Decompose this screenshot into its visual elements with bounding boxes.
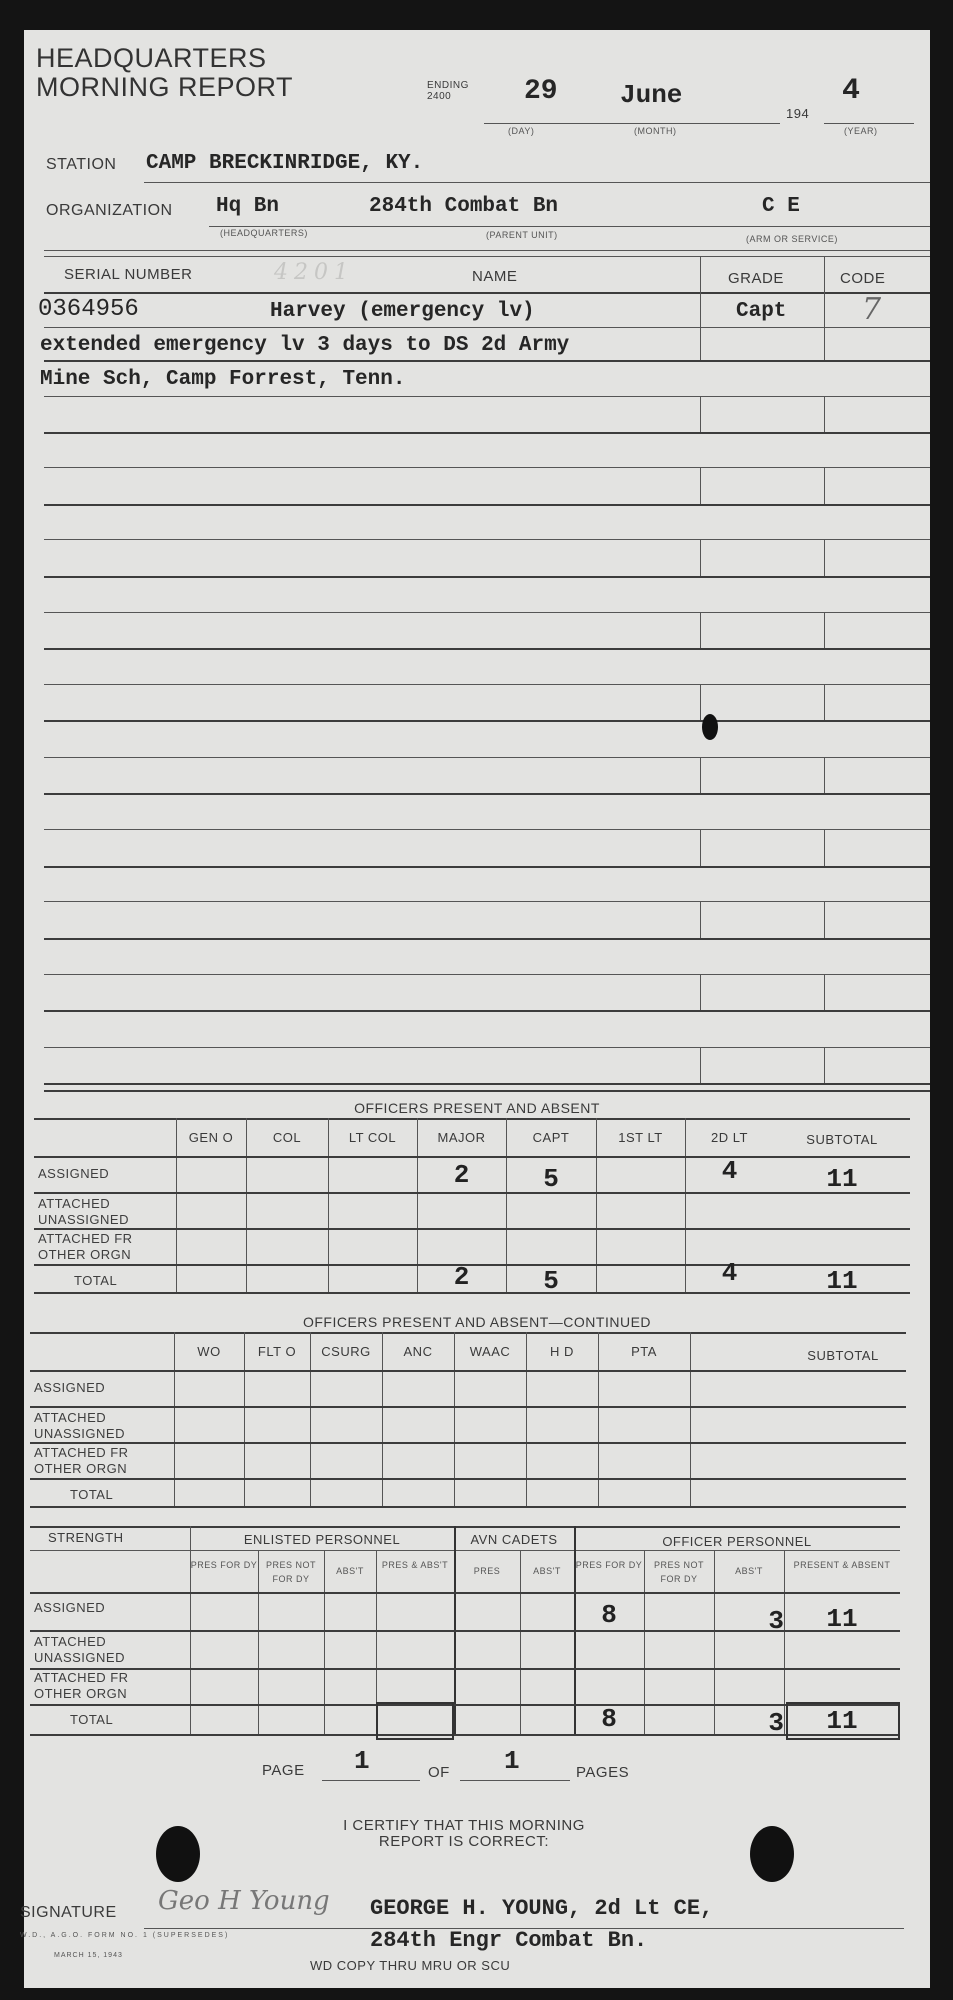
code-divider <box>824 467 825 504</box>
officers-table: GEN O COL LT COL MAJOR CAPT 1ST LT 2D LT… <box>34 1118 910 1294</box>
strength-label: STRENGTH <box>48 1530 124 1545</box>
assigned-off-abst[interactable]: 3 <box>714 1606 784 1636</box>
group-enlisted-personnel: ENLISTED PERSONNEL <box>190 1532 454 1547</box>
certification-text: I CERTIFY THAT THIS MORNING REPORT IS CO… <box>264 1818 664 1850</box>
row-attached-unassigned: ATTACHED UNASSIGNED <box>38 1196 138 1228</box>
row-rule <box>44 432 930 434</box>
row-total: TOTAL <box>74 1273 117 1289</box>
code-divider <box>824 684 825 720</box>
page-number[interactable]: 1 <box>354 1746 370 1776</box>
divider <box>44 250 930 251</box>
total-off-pres-for-dy[interactable]: 8 <box>574 1704 644 1734</box>
enlisted-total-box <box>376 1702 454 1740</box>
officers-continued-title: OFFICERS PRESENT AND ABSENT—CONTINUED <box>24 1314 930 1330</box>
punch-hole-right <box>750 1826 794 1882</box>
grade-divider <box>700 684 701 720</box>
code-divider <box>824 757 825 793</box>
station-underline <box>144 182 930 183</box>
assigned-major[interactable]: 2 <box>417 1160 506 1190</box>
row-rule <box>44 974 930 975</box>
row-rule <box>44 684 930 685</box>
col-grade: GRADE <box>728 270 784 287</box>
assigned-subtotal[interactable]: 11 <box>774 1164 910 1194</box>
col-serial-number: SERIAL NUMBER <box>64 266 192 283</box>
row-total: TOTAL <box>70 1712 113 1728</box>
row-rule <box>44 720 930 722</box>
col-capt: CAPT <box>506 1130 596 1145</box>
col-col: COL <box>246 1130 328 1145</box>
row-rule <box>44 539 930 540</box>
arm-caption: (ARM OR SERVICE) <box>746 234 838 244</box>
remark-line-1[interactable]: extended emergency lv 3 days to DS 2d Ar… <box>40 334 569 357</box>
total-capt[interactable]: 5 <box>506 1266 596 1296</box>
code-divider <box>824 1047 825 1083</box>
code-divider <box>824 256 825 360</box>
grade-divider <box>700 396 701 432</box>
row-attached-unassigned: ATTACHED UNASSIGNED <box>34 1410 134 1442</box>
row-assigned: ASSIGNED <box>38 1166 109 1182</box>
grade-divider <box>700 256 701 360</box>
signer-unit[interactable]: 284th Engr Combat Bn. <box>370 1928 647 1953</box>
col-off-pres-for-dy: PRES FOR DY <box>574 1558 644 1572</box>
assigned-off-pres-for-dy[interactable]: 8 <box>574 1600 644 1630</box>
row-rule <box>44 938 930 940</box>
ending-label-2: 2400 <box>427 91 469 102</box>
total-2d-lt[interactable]: 4 <box>685 1258 774 1288</box>
total-subtotal[interactable]: 11 <box>774 1266 910 1296</box>
col-enl-pres-for-dy: PRES FOR DY <box>190 1558 258 1572</box>
grade-divider <box>700 467 701 504</box>
grade-divider <box>700 901 701 938</box>
total-off-abst[interactable]: 3 <box>714 1708 784 1738</box>
report-day[interactable]: 29 <box>524 76 558 107</box>
morning-report-form: HEADQUARTERS MORNING REPORT ENDING 2400 … <box>24 30 930 1988</box>
row-rule <box>44 360 930 362</box>
row-assigned: ASSIGNED <box>34 1600 105 1616</box>
officers-table-title: OFFICERS PRESENT AND ABSENT <box>24 1100 930 1116</box>
of-label: OF <box>428 1764 450 1781</box>
org-parent-unit[interactable]: 284th Combat Bn <box>369 195 558 218</box>
ending-label: ENDING 2400 <box>427 80 469 102</box>
page-underline <box>322 1780 420 1781</box>
col-2d-lt: 2D LT <box>685 1130 774 1145</box>
station-value[interactable]: CAMP BRECKINRIDGE, KY. <box>146 152 423 175</box>
report-year-digit[interactable]: 4 <box>842 74 860 108</box>
organization-label: ORGANIZATION <box>46 202 173 220</box>
col-lt-col: LT COL <box>328 1130 417 1145</box>
col-enl-pres-not-for-dy: PRES NOT FOR DY <box>258 1558 324 1586</box>
row-rule <box>44 396 930 397</box>
month-caption: (MONTH) <box>634 126 677 136</box>
ink-blot <box>702 714 718 740</box>
row-attached-fr-other-orgn: ATTACHED FR OTHER ORGN <box>34 1670 144 1702</box>
col-pta: PTA <box>598 1344 690 1359</box>
year-caption: (YEAR) <box>844 126 878 136</box>
col-waac: WAAC <box>454 1344 526 1359</box>
total-underline <box>460 1780 570 1781</box>
grade-divider <box>700 974 701 1010</box>
org-headquarters[interactable]: Hq Bn <box>216 195 279 218</box>
entry-grade[interactable]: Capt <box>736 300 786 323</box>
code-divider <box>824 539 825 576</box>
row-rule <box>44 793 930 795</box>
pencil-mark: 4201 <box>274 260 354 285</box>
row-rule <box>44 829 930 830</box>
code-divider <box>824 974 825 1010</box>
grade-divider <box>700 539 701 576</box>
pages-label: PAGES <box>576 1764 629 1781</box>
punch-hole-left <box>156 1826 200 1882</box>
day-caption: (DAY) <box>508 126 534 136</box>
code-divider <box>824 396 825 432</box>
grade-divider <box>700 757 701 793</box>
row-rule <box>44 292 930 294</box>
code-divider <box>824 612 825 648</box>
row-rule <box>44 648 930 650</box>
col-wo: WO <box>174 1344 244 1359</box>
strength-table: STRENGTH ENLISTED PERSONNEL AVN CADETS O… <box>30 1526 900 1736</box>
form-date: MARCH 15, 1943 <box>54 1952 123 1959</box>
col-name: NAME <box>472 268 517 285</box>
col-hd: H D <box>526 1344 598 1359</box>
entry-name[interactable]: Harvey (emergency lv) <box>270 300 535 323</box>
code-divider <box>824 829 825 866</box>
grade-divider <box>700 1047 701 1083</box>
entry-code[interactable]: 7 <box>862 292 881 327</box>
row-attached-fr-other-orgn: ATTACHED FR OTHER ORGN <box>38 1231 148 1263</box>
row-rule <box>44 757 930 758</box>
col-1st-lt: 1ST LT <box>596 1130 685 1145</box>
row-rule <box>44 467 930 468</box>
row-rule <box>44 576 930 578</box>
title-headquarters: HEADQUARTERS <box>36 44 293 73</box>
row-rule <box>44 1047 930 1048</box>
col-enl-pres-abst: PRES & ABS'T <box>376 1558 454 1572</box>
station-label: STATION <box>46 156 116 174</box>
col-csurg: CSURG <box>310 1344 382 1359</box>
row-total: TOTAL <box>70 1487 113 1503</box>
col-cadet-abst: ABS'T <box>520 1566 574 1576</box>
col-subtotal: SUBTOTAL <box>774 1132 910 1147</box>
form-number: W.D., A.G.O. FORM NO. 1 (SUPERSEDES) <box>20 1932 229 1939</box>
copy-note: WD COPY THRU MRU OR SCU <box>310 1958 510 1973</box>
signer-name-rank[interactable]: GEORGE H. YOUNG, 2d Lt CE, <box>370 1896 713 1921</box>
certify-line-2: REPORT IS CORRECT: <box>264 1834 664 1850</box>
remark-line-2[interactable]: Mine Sch, Camp Forrest, Tenn. <box>40 368 405 391</box>
total-pages[interactable]: 1 <box>504 1746 520 1776</box>
code-divider <box>824 901 825 938</box>
assigned-capt[interactable]: 5 <box>506 1164 596 1194</box>
row-rule <box>44 504 930 506</box>
row-rule <box>44 1010 930 1012</box>
headquarters-caption: (HEADQUARTERS) <box>220 228 308 238</box>
col-code: CODE <box>840 270 885 287</box>
page-label: PAGE <box>262 1762 305 1779</box>
col-major: MAJOR <box>417 1130 506 1145</box>
col-off-abst: ABS'T <box>714 1566 784 1576</box>
signature-label: SIGNATURE <box>20 1904 117 1922</box>
assigned-2d-lt[interactable]: 4 <box>685 1156 774 1186</box>
grade-divider <box>700 829 701 866</box>
row-assigned: ASSIGNED <box>34 1380 105 1396</box>
row-rule <box>44 866 930 868</box>
title-morning-report: MORNING REPORT <box>36 73 293 102</box>
col-subtotal-continued: SUBTOTAL <box>780 1348 906 1363</box>
form-title: HEADQUARTERS MORNING REPORT <box>36 44 293 102</box>
officers-continued-table: WO FLT O CSURG ANC WAAC H D PTA SUBTOTAL… <box>30 1332 906 1508</box>
organization-underline <box>209 226 930 227</box>
year-underline <box>824 123 914 124</box>
total-off-present-absent[interactable]: 11 <box>784 1706 900 1736</box>
row-rule <box>44 612 930 613</box>
year-prefix: 194 <box>786 106 809 121</box>
group-officer-personnel: OFFICER PERSONNEL <box>574 1534 900 1549</box>
row-rule <box>44 1083 930 1085</box>
grade-divider <box>700 612 701 648</box>
row-attached-fr-other-orgn: ATTACHED FR OTHER ORGN <box>34 1445 144 1477</box>
total-major[interactable]: 2 <box>417 1262 506 1292</box>
row-rule <box>44 327 930 328</box>
col-flt-o: FLT O <box>244 1344 310 1359</box>
certify-line-1: I CERTIFY THAT THIS MORNING <box>264 1818 664 1834</box>
handwritten-signature[interactable]: Geo H Young <box>158 1886 330 1916</box>
ending-label-1: ENDING <box>427 80 469 91</box>
col-cadet-pres: PRES <box>454 1566 520 1576</box>
row-attached-unassigned: ATTACHED UNASSIGNED <box>34 1634 134 1666</box>
row-rule <box>44 1090 930 1092</box>
group-avn-cadets: AVN CADETS <box>454 1532 574 1547</box>
entry-serial-number[interactable]: 0364956 <box>38 296 139 323</box>
col-off-present-absent: PRESENT & ABSENT <box>784 1558 900 1572</box>
col-gen-o: GEN O <box>176 1130 246 1145</box>
date-underline <box>484 123 780 124</box>
col-enl-abst: ABS'T <box>324 1566 376 1576</box>
col-off-pres-not-for-dy: PRES NOT FOR DY <box>644 1558 714 1586</box>
assigned-off-present-absent[interactable]: 11 <box>784 1604 900 1634</box>
report-month[interactable]: June <box>620 80 682 110</box>
row-rule <box>44 901 930 902</box>
parent-unit-caption: (PARENT UNIT) <box>486 230 558 240</box>
org-arm-service[interactable]: C E <box>762 195 800 218</box>
col-anc: ANC <box>382 1344 454 1359</box>
divider <box>44 256 930 257</box>
